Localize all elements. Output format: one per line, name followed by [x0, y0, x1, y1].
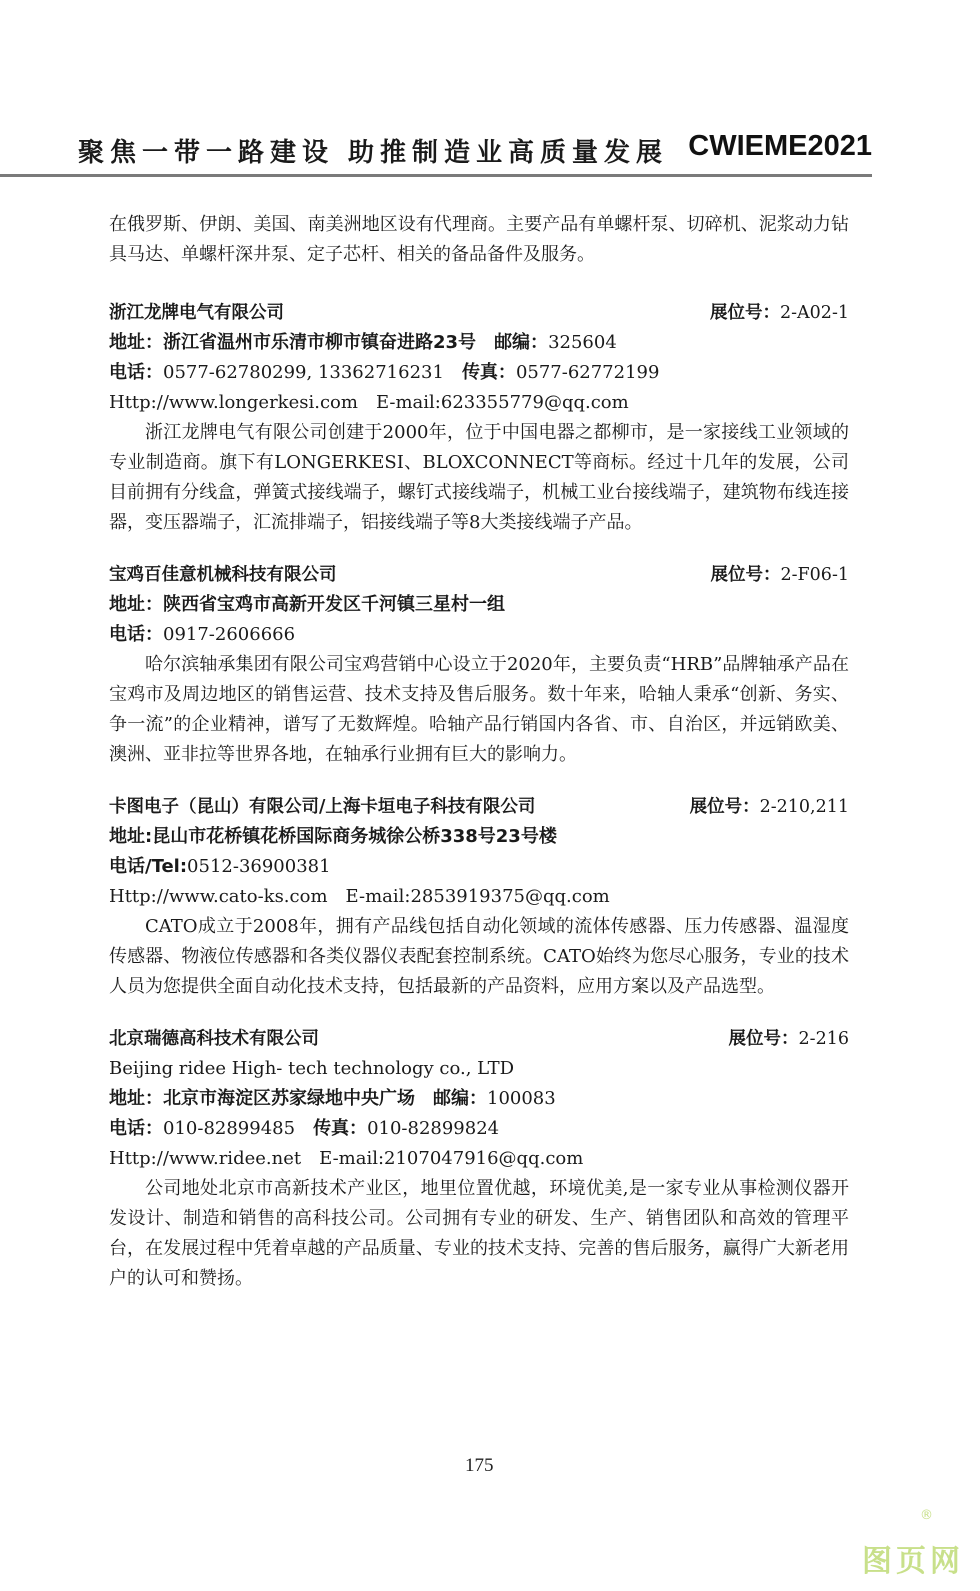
phone-value: 0917-2606666 [163, 620, 295, 650]
company-description: 公司地处北京市高新技术产业区，地里位置优越，环境优美,是一家专业从事检测仪器开发… [109, 1174, 849, 1294]
header-divider [0, 174, 872, 177]
phone-label: 电话： [109, 358, 163, 388]
postcode-value: 100083 [487, 1084, 556, 1114]
fax-label: 传真： [313, 1114, 367, 1144]
booth-label: 展位号： [710, 565, 780, 585]
company-title-row: 宝鸡百佳意机械科技有限公司 展位号：2-F06-1 [109, 560, 849, 590]
address-row: 地址： 北京市海淀区苏家绿地中央广场 邮编： 100083 [109, 1084, 849, 1114]
address-value: 北京市海淀区苏家绿地中央广场 [163, 1084, 415, 1114]
postcode-label: 邮编： [433, 1084, 487, 1114]
header-brand: CWIEME2021 [688, 130, 872, 163]
page-number: 175 [465, 1455, 494, 1477]
website-link[interactable]: //www.ridee.net [157, 1144, 301, 1174]
address-row: 地址: 昆山市花桥镇花桥国际商务城徐公桥338号23号楼 [109, 822, 849, 852]
website-link[interactable]: //www.longerkesi.com [157, 388, 358, 418]
booth-number: 展位号：2-A02-1 [710, 298, 849, 328]
address-label: 地址： [109, 1084, 163, 1114]
postcode-value: 325604 [548, 328, 617, 358]
website-link[interactable]: //www.cato-ks.com [157, 882, 328, 912]
web-row: Http: //www.cato-ks.com E-mail: 28539193… [109, 882, 849, 912]
header-slogan-part2: 助推制造业高质量发展 [348, 138, 668, 168]
address-value: 浙江省温州市乐清市柳市镇奋进路23号 [163, 328, 476, 358]
booth-label: 展位号： [729, 1029, 799, 1049]
web-row: Http: //www.longerkesi.com E-mail: 62335… [109, 388, 849, 418]
address-value: 昆山市花桥镇花桥国际商务城徐公桥338号23号楼 [152, 822, 557, 852]
watermark-logo: 图页网 [862, 1536, 964, 1580]
company-entry: 宝鸡百佳意机械科技有限公司 展位号：2-F06-1 地址： 陕西省宝鸡市高新开发… [109, 560, 849, 770]
address-row: 地址： 陕西省宝鸡市高新开发区千河镇三星村一组 [109, 590, 849, 620]
booth-value: 2-A02-1 [780, 303, 849, 323]
email-label: E-mail: [319, 1144, 384, 1174]
address-row: 地址： 浙江省温州市乐清市柳市镇奋进路23号 邮编： 325604 [109, 328, 849, 358]
email-link[interactable]: 2853919375@qq.com [410, 882, 609, 912]
company-name: 北京瑞德高科技术有限公司 [109, 1024, 319, 1054]
phone-label: 电话： [109, 1114, 163, 1144]
phone-label: 电话/Tel: [109, 852, 187, 882]
booth-label: 展位号： [690, 797, 760, 817]
phone-label: 电话： [109, 620, 163, 650]
running-header: 聚焦一带一路建设助推制造业高质量发展 CWIEME2021 [0, 128, 872, 174]
booth-label: 展位号： [710, 303, 780, 323]
page-content: 在俄罗斯、伊朗、美国、南美洲地区设有代理商。主要产品有单螺杆泵、切碎机、泥浆动力… [109, 210, 849, 1294]
company-description: 浙江龙牌电气有限公司创建于2000年，位于中国电器之都柳市，是一家接线工业领域的… [109, 418, 849, 538]
phone-row: 电话： 010-82899485 传真： 010-82899824 [109, 1114, 849, 1144]
company-entry: 北京瑞德高科技术有限公司 展位号：2-216 Beijing ridee Hig… [109, 1024, 849, 1294]
company-name: 浙江龙牌电气有限公司 [109, 298, 284, 328]
email-link[interactable]: 2107047916@qq.com [384, 1144, 583, 1174]
phone-value: 0512-36900381 [187, 852, 331, 882]
fax-label: 传真： [462, 358, 516, 388]
intro-paragraph: 在俄罗斯、伊朗、美国、南美洲地区设有代理商。主要产品有单螺杆泵、切碎机、泥浆动力… [109, 210, 849, 270]
company-title-row: 卡图电子（昆山）有限公司/上海卡垣电子科技有限公司 展位号：2-210,211 [109, 792, 849, 822]
booth-value: 2-F06-1 [780, 565, 849, 585]
postcode-label: 邮编： [494, 328, 548, 358]
email-label: E-mail: [376, 388, 441, 418]
address-label: 地址： [109, 328, 163, 358]
company-name-english: Beijing ridee High- tech technology co.,… [109, 1054, 849, 1084]
address-label: 地址： [109, 590, 163, 620]
website-label: Http: [109, 388, 157, 418]
phone-row: 电话/Tel: 0512-36900381 [109, 852, 849, 882]
email-link[interactable]: 623355779@qq.com [441, 388, 629, 418]
phone-value: 0577-62780299, 13362716231 [163, 358, 444, 388]
phone-value: 010-82899485 [163, 1114, 295, 1144]
booth-value: 2-210,211 [760, 797, 849, 817]
booth-number: 展位号：2-216 [729, 1024, 849, 1054]
company-entry: 卡图电子（昆山）有限公司/上海卡垣电子科技有限公司 展位号：2-210,211 … [109, 792, 849, 1002]
website-label: Http: [109, 1144, 157, 1174]
header-slogan-part1: 聚焦一带一路建设 [78, 138, 334, 168]
company-description: 哈尔滨轴承集团有限公司宝鸡营销中心设立于2020年，主要负责“HRB”品牌轴承产… [109, 650, 849, 770]
website-label: Http: [109, 882, 157, 912]
company-name: 宝鸡百佳意机械科技有限公司 [109, 560, 337, 590]
registered-mark-icon: ® [920, 1508, 933, 1523]
email-label: E-mail: [346, 882, 411, 912]
address-label: 地址: [109, 822, 152, 852]
fax-value: 0577-62772199 [516, 358, 660, 388]
booth-number: 展位号：2-F06-1 [710, 560, 849, 590]
web-row: Http: //www.ridee.net E-mail: 2107047916… [109, 1144, 849, 1174]
company-title-row: 浙江龙牌电气有限公司 展位号：2-A02-1 [109, 298, 849, 328]
booth-value: 2-216 [799, 1029, 849, 1049]
booth-number: 展位号：2-210,211 [690, 792, 849, 822]
company-description: CATO成立于2008年，拥有产品线包括自动化领域的流体传感器、压力传感器、温湿… [109, 912, 849, 1002]
address-value: 陕西省宝鸡市高新开发区千河镇三星村一组 [163, 590, 505, 620]
phone-row: 电话： 0917-2606666 [109, 620, 849, 650]
phone-row: 电话： 0577-62780299, 13362716231 传真： 0577-… [109, 358, 849, 388]
company-name: 卡图电子（昆山）有限公司/上海卡垣电子科技有限公司 [109, 792, 535, 822]
header-slogan: 聚焦一带一路建设助推制造业高质量发展 [78, 132, 668, 169]
fax-value: 010-82899824 [367, 1114, 499, 1144]
company-entry: 浙江龙牌电气有限公司 展位号：2-A02-1 地址： 浙江省温州市乐清市柳市镇奋… [109, 298, 849, 538]
company-title-row: 北京瑞德高科技术有限公司 展位号：2-216 [109, 1024, 849, 1054]
